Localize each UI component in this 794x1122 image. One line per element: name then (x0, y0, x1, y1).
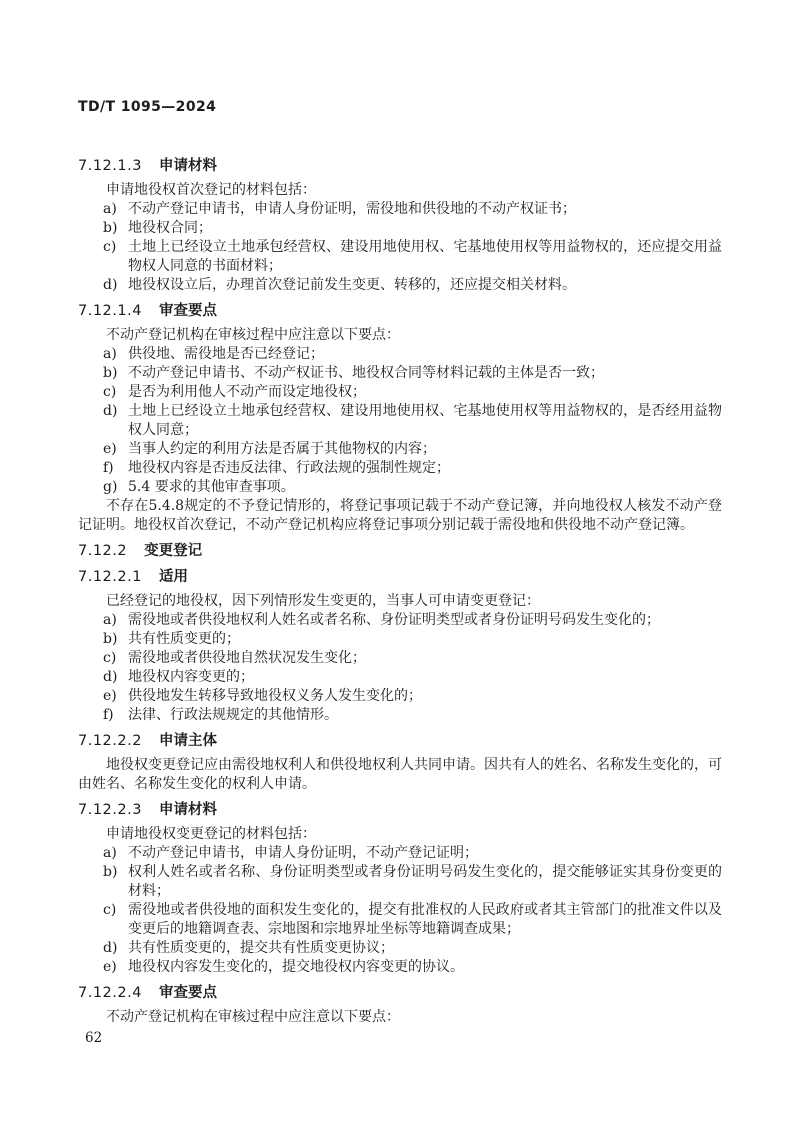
list-item: a)需役地或者供役地权利人姓名或者名称、身份证明类型或者身份证明号码发生变化的； (78, 611, 722, 630)
list-item-label: a) (103, 345, 121, 364)
paragraph: 不动产登记机构在审核过程中应注意以下要点： (78, 1008, 722, 1027)
list-item-text: 是否为利用他人不动产而设定地役权； (121, 383, 722, 402)
list-item: d)地役权设立后，办理首次登记前发生变更、转移的，还应提交相关材料。 (78, 276, 722, 295)
list-item-text: 不动产登记申请书，申请人身份证明，需役地和供役地的不动产权证书； (121, 200, 722, 219)
list-item-text: 需役地或者供役地权利人姓名或者名称、身份证明类型或者身份证明号码发生变化的； (121, 611, 722, 630)
list-item-label: e) (103, 958, 121, 977)
list-item-label: g) (103, 478, 121, 497)
list-item: g)5.4 要求的其他审查事项。 (78, 478, 722, 497)
list-item: d)共有性质变更的，提交共有性质变更协议； (78, 939, 722, 958)
list-item-text: 需役地或者供役地自然状况发生变化； (121, 649, 722, 668)
list-item-label: e) (103, 687, 121, 706)
list-item-label: d) (103, 402, 121, 440)
list-item: c)土地上已经设立土地承包经营权、建设用地使用权、宅基地使用权等用益物权的，还应… (78, 238, 722, 276)
list-item-text: 地役权合同； (121, 219, 722, 238)
list-item: b)不动产登记申请书、不动产权证书、地役权合同等材料记载的主体是否一致； (78, 364, 722, 383)
list-item-label: e) (103, 440, 121, 459)
list-item-text: 不动产登记申请书，申请人身份证明，不动产登记证明； (121, 844, 722, 863)
section-heading: 7.12.1.4审查要点 (78, 301, 722, 321)
paragraph: 不动产登记机构在审核过程中应注意以下要点： (78, 326, 722, 345)
section-number: 7.12.2.3 (78, 802, 142, 818)
list-item: c)需役地或者供役地自然状况发生变化； (78, 649, 722, 668)
section-heading: 7.12.2变更登记 (78, 541, 722, 561)
section-number: 7.12.2.4 (78, 985, 142, 1001)
list-item-text: 共有性质变更的，提交共有性质变更协议； (121, 939, 722, 958)
list-item-text: 共有性质变更的； (121, 630, 722, 649)
list-item: c)是否为利用他人不动产而设定地役权； (78, 383, 722, 402)
list-item-text: 5.4 要求的其他审查事项。 (121, 478, 722, 497)
list-item: b)权利人姓名或者名称、身份证明类型或者身份证明号码发生变化的，提交能够证实其身… (78, 863, 722, 901)
list-item-text: 土地上已经设立土地承包经营权、建设用地使用权、宅基地使用权等用益物权的，是否经用… (121, 402, 722, 440)
list-item-text: 不动产登记申请书、不动产权证书、地役权合同等材料记载的主体是否一致； (121, 364, 722, 383)
list-item-label: a) (103, 200, 121, 219)
list-item: e)供役地发生转移导致地役权义务人发生变化的； (78, 687, 722, 706)
list-item-text: 供役地、需役地是否已经登记； (121, 345, 722, 364)
document-body: 7.12.1.3申请材料申请地役权首次登记的材料包括：a)不动产登记申请书，申请… (78, 156, 722, 1027)
list-item: c)需役地或者供役地的面积发生变化的，提交有批准权的人民政府或者其主管部门的批准… (78, 901, 722, 939)
section-title: 申请材料 (159, 802, 217, 818)
list-item: a)不动产登记申请书，申请人身份证明，需役地和供役地的不动产权证书； (78, 200, 722, 219)
list-item-text: 法律、行政法规规定的其他情形。 (121, 706, 722, 725)
list-item-label: d) (103, 276, 121, 295)
section-title: 适用 (159, 569, 188, 585)
list-item: e)当事人约定的利用方法是否属于其他物权的内容； (78, 440, 722, 459)
section-title: 申请主体 (159, 733, 217, 749)
section-title: 审查要点 (159, 303, 217, 319)
list-item-label: c) (103, 901, 121, 939)
list-item-text: 地役权内容变更的； (121, 668, 722, 687)
paragraph: 不存在5.4.8规定的不予登记情形的，将登记事项记载于不动产登记簿，并向地役权人… (78, 497, 722, 535)
list-item-text: 权利人姓名或者名称、身份证明类型或者身份证明号码发生变化的，提交能够证实其身份变… (121, 863, 722, 901)
list-item-text: 当事人约定的利用方法是否属于其他物权的内容； (121, 440, 722, 459)
list-item-label: b) (103, 863, 121, 901)
list-item: d)土地上已经设立土地承包经营权、建设用地使用权、宅基地使用权等用益物权的，是否… (78, 402, 722, 440)
section-heading: 7.12.2.1适用 (78, 567, 722, 587)
section-title: 申请材料 (159, 158, 217, 174)
list-item: b)共有性质变更的； (78, 630, 722, 649)
list-item-label: b) (103, 364, 121, 383)
document-standard-code: TD/T 1095—2024 (78, 99, 216, 115)
list-item-text: 供役地发生转移导致地役权义务人发生变化的； (121, 687, 722, 706)
list-item-label: b) (103, 630, 121, 649)
list-item: f)地役权内容是否违反法律、行政法规的强制性规定； (78, 459, 722, 478)
list-item-label: c) (103, 238, 121, 276)
section-number: 7.12.1.3 (78, 158, 142, 174)
section-number: 7.12.2.2 (78, 733, 142, 749)
paragraph: 申请地役权首次登记的材料包括： (78, 181, 722, 200)
list-item-label: f) (103, 459, 121, 478)
list-item-label: d) (103, 668, 121, 687)
section-heading: 7.12.1.3申请材料 (78, 156, 722, 176)
list-item-label: d) (103, 939, 121, 958)
section-heading: 7.12.2.2申请主体 (78, 731, 722, 751)
paragraph: 申请地役权变更登记的材料包括： (78, 825, 722, 844)
list-item-text: 土地上已经设立土地承包经营权、建设用地使用权、宅基地使用权等用益物权的，还应提交… (121, 238, 722, 276)
section-number: 7.12.1.4 (78, 303, 142, 319)
section-heading: 7.12.2.4审查要点 (78, 983, 722, 1003)
list-item-label: b) (103, 219, 121, 238)
list-item-text: 地役权设立后，办理首次登记前发生变更、转移的，还应提交相关材料。 (121, 276, 722, 295)
list-item-text: 地役权内容是否违反法律、行政法规的强制性规定； (121, 459, 722, 478)
paragraph: 已经登记的地役权，因下列情形发生变更的，当事人可申请变更登记： (78, 592, 722, 611)
list-item: f)法律、行政法规规定的其他情形。 (78, 706, 722, 725)
list-item: a)供役地、需役地是否已经登记； (78, 345, 722, 364)
list-item: d)地役权内容变更的； (78, 668, 722, 687)
section-title: 变更登记 (144, 543, 202, 559)
section-number: 7.12.2.1 (78, 569, 142, 585)
section-heading: 7.12.2.3申请材料 (78, 800, 722, 820)
list-item-label: f) (103, 706, 121, 725)
section-number: 7.12.2 (78, 543, 127, 559)
list-item: a)不动产登记申请书，申请人身份证明，不动产登记证明； (78, 844, 722, 863)
list-item-text: 需役地或者供役地的面积发生变化的，提交有批准权的人民政府或者其主管部门的批准文件… (121, 901, 722, 939)
list-item-text: 地役权内容发生变化的，提交地役权内容变更的协议。 (121, 958, 722, 977)
paragraph: 地役权变更登记应由需役地权利人和供役地权利人共同申请。因共有人的姓名、名称发生变… (78, 756, 722, 794)
section-title: 审查要点 (159, 985, 217, 1001)
list-item-label: a) (103, 611, 121, 630)
list-item: e)地役权内容发生变化的，提交地役权内容变更的协议。 (78, 958, 722, 977)
list-item-label: c) (103, 649, 121, 668)
page-number: 62 (85, 1030, 102, 1046)
document-page: TD/T 1095—2024 7.12.1.3申请材料申请地役权首次登记的材料包… (0, 0, 794, 1122)
list-item-label: c) (103, 383, 121, 402)
list-item: b)地役权合同； (78, 219, 722, 238)
list-item-label: a) (103, 844, 121, 863)
